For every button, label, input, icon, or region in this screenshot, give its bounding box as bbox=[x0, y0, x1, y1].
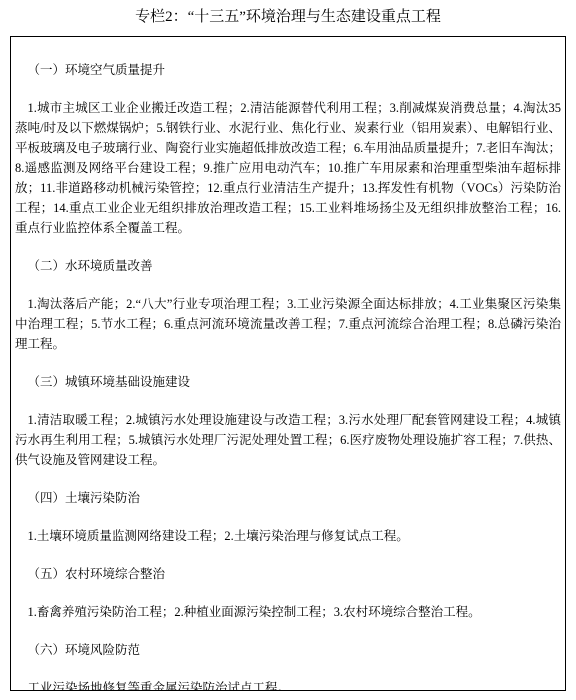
section-urban-infrastructure: （三）城镇环境基础设施建设 1.清洁取暖工程；2.城镇污水处理设施建设与改造工程… bbox=[15, 372, 561, 470]
section-paragraph: 1.淘汰落后产能；2.“八大”行业专项治理工程；3.工业污染源全面达标排放；4.… bbox=[15, 294, 561, 354]
section-heading: （一）环境空气质量提升 bbox=[15, 60, 561, 80]
section-rural-environment: （五）农村环境综合整治 1.畜禽养殖污染防治工程；2.种植业面源污染控制工程；3… bbox=[15, 564, 561, 622]
section-paragraph: 1.清洁取暖工程；2.城镇污水处理设施建设与改造工程；3.污水处理厂配套管网建设… bbox=[15, 410, 561, 470]
section-heading: （五）农村环境综合整治 bbox=[15, 564, 561, 584]
section-heading: （六）环境风险防范 bbox=[15, 640, 561, 660]
section-heading: （四）土壤污染防治 bbox=[15, 488, 561, 508]
section-environmental-risk: （六）环境风险防范 工业污染场地修复等重金属污染防治试点工程。 bbox=[15, 640, 561, 691]
section-paragraph: 1.城市主城区工业企业搬迁改造工程；2.清洁能源替代利用工程；3.削减煤炭消费总… bbox=[15, 98, 561, 238]
section-heading: （二）水环境质量改善 bbox=[15, 256, 561, 276]
section-paragraph: 1.畜禽养殖污染防治工程；2.种植业面源污染控制工程；3.农村环境综合整治工程。 bbox=[15, 602, 561, 622]
content-panel: （一）环境空气质量提升 1.城市主城区工业企业搬迁改造工程；2.清洁能源替代利用… bbox=[10, 36, 566, 691]
section-paragraph: 工业污染场地修复等重金属污染防治试点工程。 bbox=[15, 678, 561, 691]
section-soil-pollution: （四）土壤污染防治 1.土壤环境质量监测网络建设工程；2.土壤污染治理与修复试点… bbox=[15, 488, 561, 546]
section-water-quality: （二）水环境质量改善 1.淘汰落后产能；2.“八大”行业专项治理工程；3.工业污… bbox=[15, 256, 561, 354]
section-air-quality: （一）环境空气质量提升 1.城市主城区工业企业搬迁改造工程；2.清洁能源替代利用… bbox=[15, 60, 561, 238]
page-title: 专栏2：“十三五”环境治理与生态建设重点工程 bbox=[0, 6, 576, 28]
section-paragraph: 1.土壤环境质量监测网络建设工程；2.土壤污染治理与修复试点工程。 bbox=[15, 526, 561, 546]
section-heading: （三）城镇环境基础设施建设 bbox=[15, 372, 561, 392]
